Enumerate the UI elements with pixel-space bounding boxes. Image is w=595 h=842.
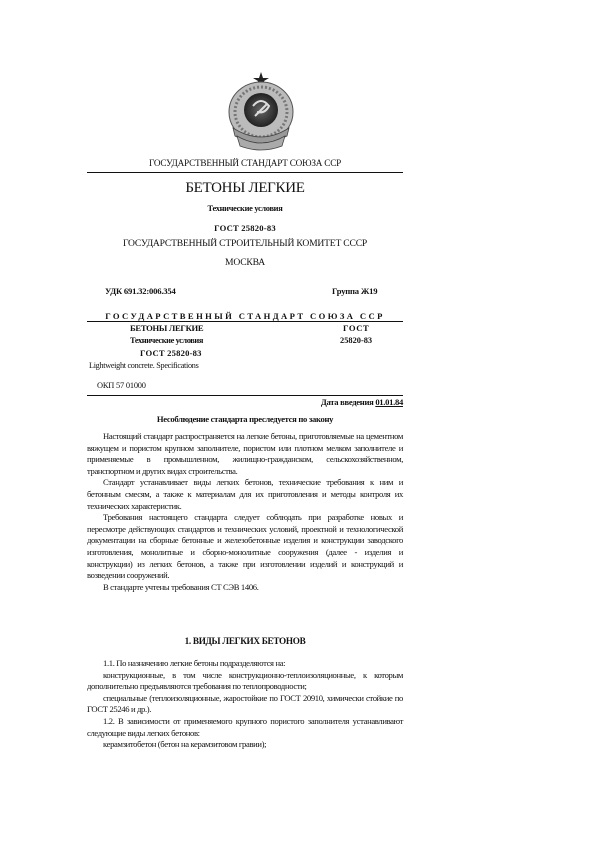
- section-paragraph: керамзитобетон (бетон на керамзитовом гр…: [87, 739, 403, 751]
- publication-city: МОСКВА: [87, 257, 403, 268]
- title-block-name: БЕТОНЫ ЛЕГКИЕ: [130, 323, 203, 333]
- title-block-state-standard: ГОСУДАРСТВЕННЫЙ СТАНДАРТ СОЮЗА ССР: [87, 311, 403, 321]
- okp-code: ОКП 57 01000: [97, 381, 146, 390]
- section-1-heading: 1. ВИДЫ ЛЕГКИХ БЕТОНОВ: [87, 636, 403, 646]
- section-paragraph: конструкционные, в том числе конструкцио…: [87, 670, 403, 693]
- okp-divider: [87, 395, 403, 396]
- document-subtitle: Технические условия: [87, 204, 403, 213]
- effective-date-value: 01.01.84: [375, 397, 403, 407]
- section-paragraph: специальные (теплоизоляционные, жаростой…: [87, 693, 403, 716]
- state-standard-heading: ГОСУДАРСТВЕННЫЙ СТАНДАРТ СОЮЗА ССР: [87, 158, 403, 168]
- english-title: Lightweight concrete. Specifications: [89, 361, 198, 370]
- intro-paragraph: Требования настоящего стандарта следует …: [87, 512, 403, 582]
- section-paragraph: 1.2. В зависимости от применяемого крупн…: [87, 716, 403, 739]
- header-divider: [87, 172, 403, 173]
- effective-date-label: Дата введения: [321, 397, 374, 407]
- intro-paragraph: Стандарт устанавливает виды легких бетон…: [87, 477, 403, 512]
- section-paragraph: 1.1. По назначению легкие бетоны подразд…: [87, 658, 403, 670]
- title-block-gost-full: ГОСТ 25820-83: [140, 348, 202, 358]
- intro-text: Настоящий стандарт распространяется на л…: [87, 431, 403, 593]
- title-block-gost-number: 25820-83: [340, 336, 372, 345]
- section-1-text: 1.1. По назначению легкие бетоны подразд…: [87, 658, 403, 751]
- title-block-subtitle: Технические условия: [130, 336, 203, 345]
- effective-date: Дата введения 01.01.84: [87, 397, 403, 407]
- intro-paragraph: В стандарте учтены требования СТ СЭВ 140…: [87, 582, 403, 594]
- intro-paragraph: Настоящий стандарт распространяется на л…: [87, 431, 403, 477]
- document-title: БЕТОНЫ ЛЕГКИЕ: [87, 180, 403, 197]
- title-block-divider: [87, 321, 403, 322]
- ussr-emblem-icon: [227, 70, 295, 154]
- legal-warning: Несоблюдение стандарта преследуется по з…: [87, 414, 403, 424]
- gost-number: ГОСТ 25820-83: [87, 223, 403, 233]
- udk-code: УДК 691.32:006.354: [105, 286, 176, 296]
- title-block-gost-label: ГОСТ: [343, 323, 369, 333]
- committee-name: ГОСУДАРСТВЕННЫЙ СТРОИТЕЛЬНЫЙ КОМИТЕТ ССС…: [87, 238, 403, 249]
- group-code: Группа Ж19: [332, 286, 377, 296]
